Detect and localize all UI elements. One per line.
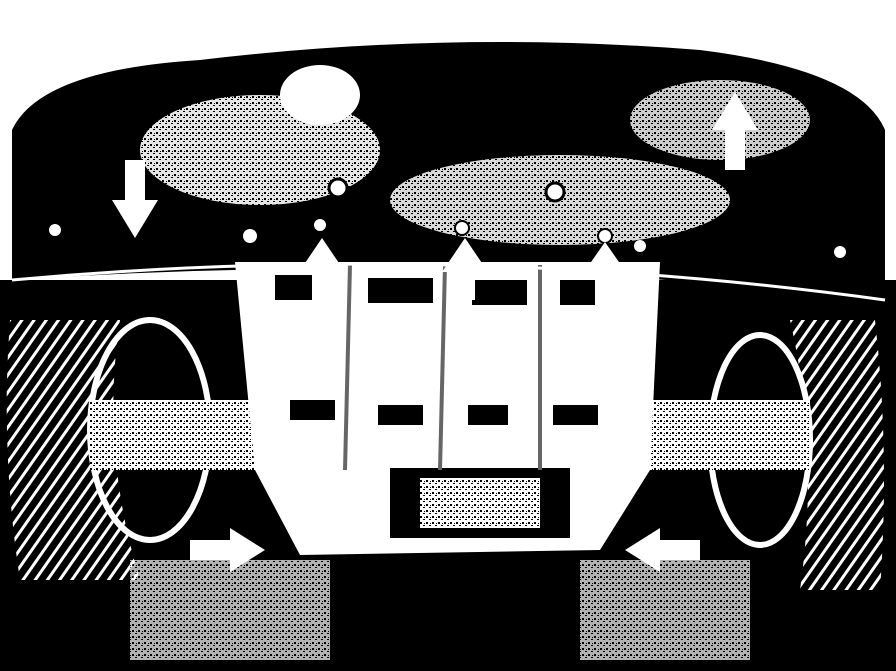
car-underside-photo <box>0 0 896 671</box>
